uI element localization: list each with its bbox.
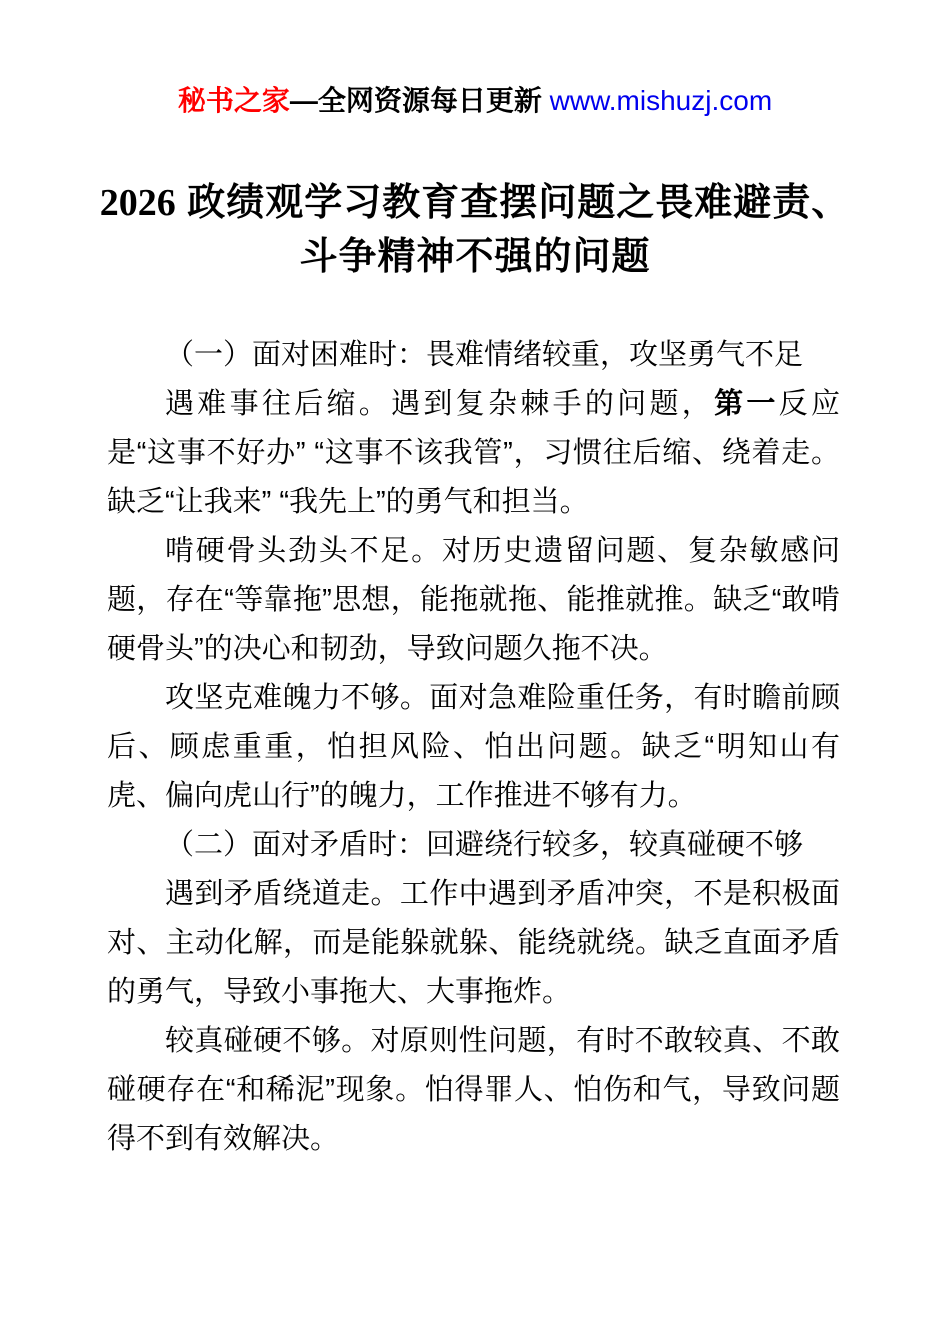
doc-title-line1: 2026 政绩观学习教育查摆问题之畏难避责、 <box>100 182 851 224</box>
document-page: 秘书之家—全网资源每日更新 www.mishuzj.com 2026 政绩观学习… <box>0 0 950 1344</box>
document-body: （一）面对困难时：畏难情绪较重，攻坚勇气不足 遇难事往后缩。遇到复杂棘手的问题，… <box>107 331 840 1164</box>
paragraph-2: 啃硬骨头劲头不足。对历史遗留问题、复杂敏感问题，存在“等靠拖”思想，能拖就拖、能… <box>107 527 840 674</box>
title-year: 2026 <box>100 182 176 224</box>
paragraph-4: 遇到矛盾绕道走。工作中遇到矛盾冲突，不是积极面对、主动化解，而是能躲就躲、能绕就… <box>107 870 840 1017</box>
paragraph-1: 遇难事往后缩。遇到复杂棘手的问题，第一反应是“这事不好办” “这事不该我管”，习… <box>107 380 840 527</box>
section-heading-2: （二）面对矛盾时：回避绕行较多，较真碰硬不够 <box>107 821 840 870</box>
site-tagline: —全网资源每日更新 <box>290 85 542 116</box>
site-brand: 秘书之家 <box>178 85 290 116</box>
doc-title: 2026 政绩观学习教育查摆问题之畏难避责、斗争精神不强的问题 <box>60 176 890 284</box>
site-header: 秘书之家—全网资源每日更新 www.mishuzj.com <box>0 84 950 118</box>
paragraph-1-emphasis: 第一 <box>714 388 779 420</box>
paragraph-1-text: 遇难事往后缩。遇到复杂棘手的问题， <box>165 388 714 420</box>
section-heading-1: （一）面对困难时：畏难情绪较重，攻坚勇气不足 <box>107 331 840 380</box>
paragraph-3: 攻坚克难魄力不够。面对急难险重任务，有时瞻前顾后、顾虑重重，怕担风险、怕出问题。… <box>107 674 840 821</box>
doc-title-line2: 斗争精神不强的问题 <box>299 236 650 278</box>
paragraph-5: 较真碰硬不够。对原则性问题，有时不敢较真、不敢碰硬存在“和稀泥”现象。怕得罪人、… <box>107 1017 840 1164</box>
title-line1-text: 政绩观学习教育查摆问题之畏难避责、 <box>176 182 851 224</box>
site-url-link[interactable]: www.mishuzj.com <box>550 85 772 116</box>
